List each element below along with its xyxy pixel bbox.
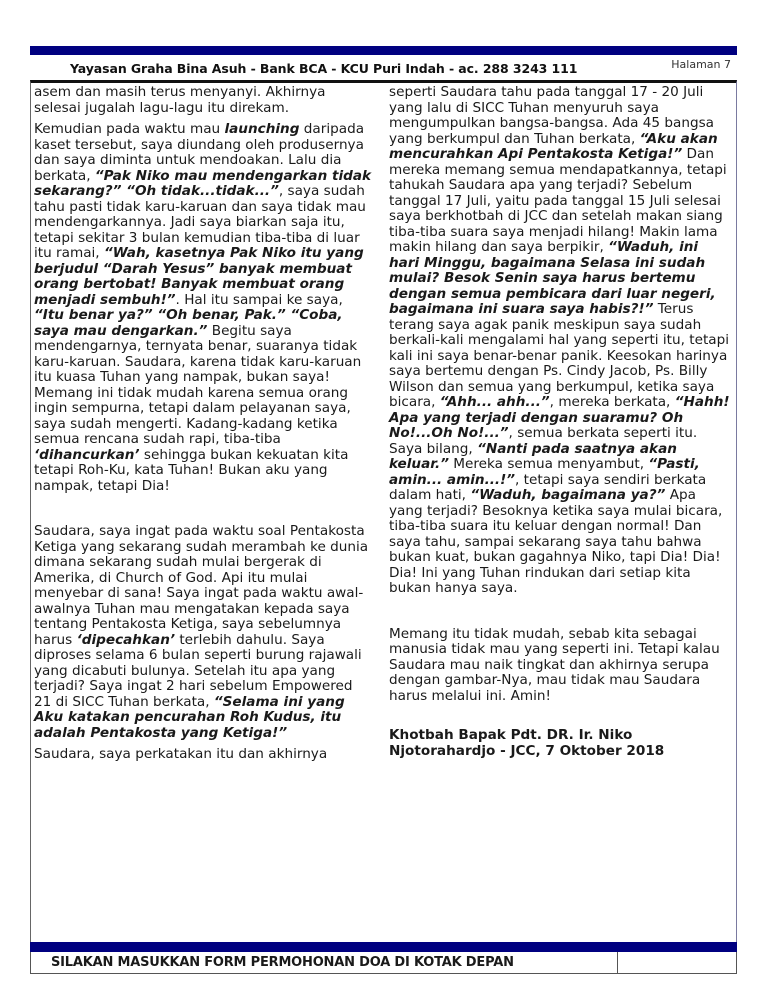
header-bank-info: Yayasan Graha Bina Asuh - Bank BCA - KCU…: [70, 61, 577, 76]
spacer: [389, 603, 731, 627]
quote: ‘dihancurkan’: [34, 447, 140, 463]
text-run: Kemudian pada waktu mau: [34, 121, 224, 137]
paragraph: seperti Saudara tahu pada tanggal 17 - 2…: [389, 85, 731, 597]
left-column: asem dan masih terus menyanyi. Akhirnya …: [34, 85, 374, 769]
text-run: Apa yang terjadi? Besoknya ketika saya m…: [389, 487, 722, 596]
paragraph: Saudara, saya perkatakan itu dan akhirny…: [34, 747, 374, 763]
quote: ‘dipecahkan’: [77, 632, 175, 648]
paragraph: asem dan masih terus menyanyi. Akhirnya …: [34, 85, 374, 116]
spacer: [34, 500, 374, 524]
footer: SILAKAN MASUKKAN FORM PERMOHONAN DOA DI …: [30, 952, 737, 974]
page-header: Yayasan Graha Bina Asuh - Bank BCA - KCU…: [30, 58, 737, 80]
paragraph: Kemudian pada waktu mau launching daripa…: [34, 122, 374, 494]
quote: “Waduh, bagaimana ya?”: [470, 487, 665, 503]
emphasis: launching: [224, 121, 299, 137]
quote: “Ahh... ahh...”: [440, 394, 550, 410]
footer-notice: SILAKAN MASUKKAN FORM PERMOHONAN DOA DI …: [51, 955, 514, 970]
quote: “Itu benar ya?” “Oh benar, Pak.” “Coba, …: [34, 307, 343, 339]
page-number: Halaman 7: [671, 58, 731, 71]
top-accent-bar: [30, 46, 737, 55]
text-run: Mereka semua menyambut,: [449, 456, 648, 472]
paragraph: Saudara, saya ingat pada waktu soal Pent…: [34, 524, 374, 741]
right-column: seperti Saudara tahu pada tanggal 17 - 2…: [389, 85, 731, 765]
sermon-credit: Khotbah Bapak Pdt. DR. Ir. Niko Njotorah…: [389, 728, 731, 759]
footer-divider: [617, 952, 618, 974]
text-run: Begitu saya mendengarnya, ternyata benar…: [34, 323, 361, 448]
text-run: , mereka berkata,: [550, 394, 675, 410]
text-run: . Hal itu sampai ke saya,: [176, 292, 343, 308]
text-run: Saudara, saya ingat pada waktu soal Pent…: [34, 523, 368, 648]
bottom-accent-bar: [30, 942, 737, 952]
paragraph: Memang itu tidak mudah, sebab kita sebag…: [389, 627, 731, 705]
